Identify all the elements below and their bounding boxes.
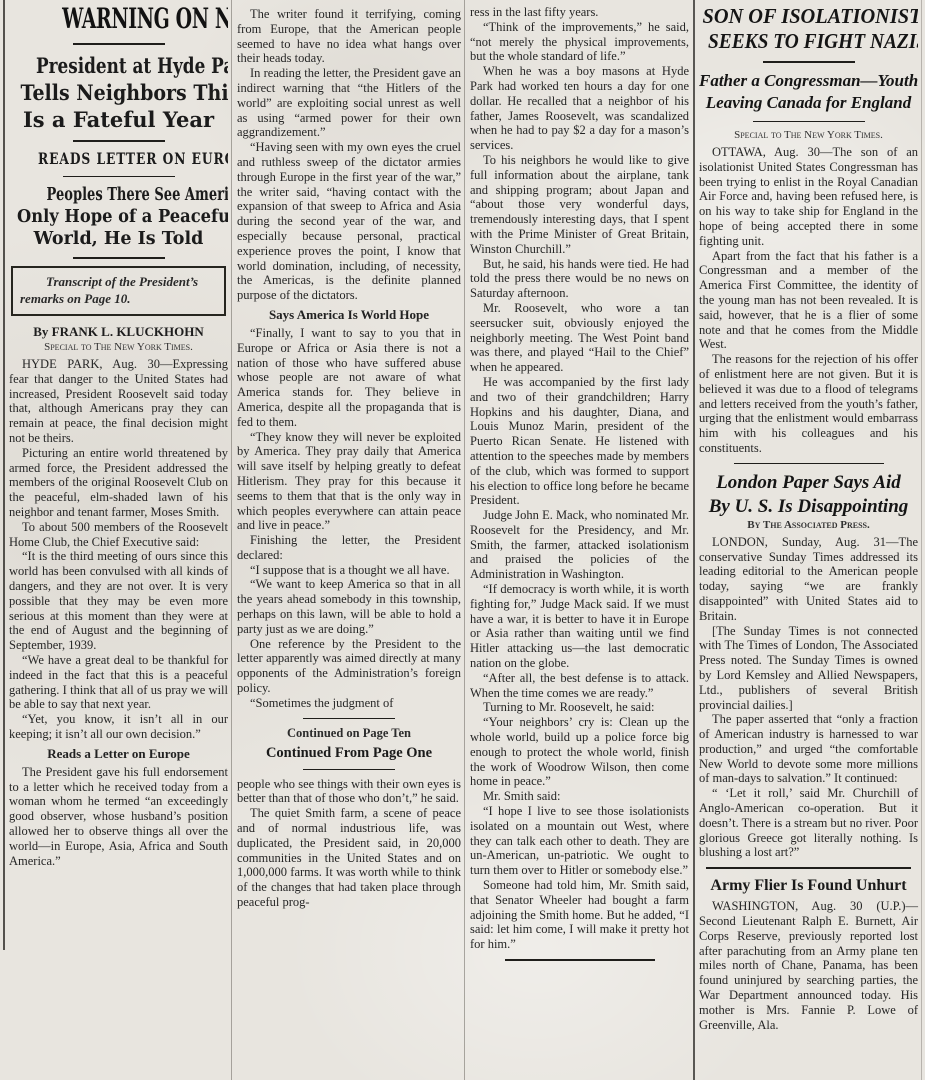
article-paragraph: Finishing the letter, the President decl…	[237, 533, 461, 563]
article-paragraph: “It is the third meeting of ours since t…	[9, 549, 228, 653]
article-paragraph: “I hope I live to see those isolationist…	[470, 804, 689, 878]
article-paragraph: HYDE PARK, Aug. 30—Expressing fear that …	[9, 357, 228, 446]
divider-rule	[63, 176, 175, 177]
headline-line: By U. S. Is Disappointing	[709, 495, 909, 519]
article-paragraph: He was accompanied by the first lady and…	[470, 375, 689, 508]
article-paragraph: “If democracy is worth while, it is wort…	[470, 582, 689, 671]
article-paragraph: “ ‘Let it roll,’ said Mr. Churchill of A…	[699, 786, 918, 860]
divider-rule	[763, 61, 855, 63]
article-paragraph: “Think of the improvements,” he said, “n…	[470, 20, 689, 64]
main-headline: WARNING ON NAZIS	[9, 2, 228, 36]
divider-rule	[303, 718, 395, 719]
article-paragraph: Mr. Smith said:	[470, 789, 689, 804]
section-subhead: Reads a Letter on Europe	[9, 746, 228, 762]
article-son-of-isolationist: SON OF ISOLATIONIST SEEKS TO FIGHT NAZIS…	[699, 4, 918, 456]
section-subhead: Says America Is World Hope	[237, 307, 461, 323]
divider-rule	[73, 257, 165, 259]
headline-line: SEEKS TO FIGHT NAZIS	[708, 29, 918, 54]
transcript-note: Transcript of the President’s remarks on…	[20, 273, 217, 307]
headline-line: London Paper Says Aid	[716, 471, 901, 495]
column-rule	[464, 0, 465, 1080]
article-paragraph: WASHINGTON, Aug. 30 (U.P.)—Second Lieute…	[699, 899, 918, 1032]
article-headline: London Paper Says Aid By U. S. Is Disapp…	[699, 471, 918, 519]
main-headline-text: WARNING ON NAZIS	[62, 2, 228, 36]
deck-headline: President at Hyde Park Tells Neighbors T…	[9, 52, 228, 133]
article-paragraph: “They know they will never be exploited …	[237, 430, 461, 534]
article-paragraph: Mr. Roosevelt, who wore a tan seersucker…	[470, 301, 689, 375]
article-paragraph: “I suppose that is a thought we all have…	[237, 563, 461, 578]
newspaper-page: WARNING ON NAZIS President at Hyde Park …	[0, 0, 925, 1080]
kicker-text: READS LETTER ON EUROPE	[38, 149, 228, 169]
deck-line: Is a Fateful Year	[23, 106, 214, 133]
article-separator-rule	[706, 867, 911, 869]
article-paragraph: To about 500 members of the Roosevelt Ho…	[9, 520, 228, 550]
article-paragraph: When he was a boy masons at Hyde Park ha…	[470, 64, 689, 153]
article-paragraph: OTTAWA, Aug. 30—The son of an isolationi…	[699, 145, 918, 249]
credit-line: Special to The New York Times.	[699, 129, 918, 142]
divider-rule	[753, 121, 865, 122]
article-paragraph: The writer found it terrifying, coming f…	[237, 7, 461, 66]
deck-line: Leaving Canada for England	[706, 92, 911, 114]
article-paragraph: “Having seen with my own eyes the cruel …	[237, 140, 461, 303]
article-paragraph: “Finally, I want to say to you that in E…	[237, 326, 461, 430]
continued-from-line: Continued From Page One	[237, 744, 461, 762]
deck-line: President at Hyde Park	[36, 52, 228, 79]
column-rule	[3, 0, 5, 950]
column-4: SON OF ISOLATIONIST SEEKS TO FIGHT NAZIS…	[699, 0, 918, 1032]
column-2: The writer found it terrifying, coming f…	[237, 0, 461, 910]
article-headline: Army Flier Is Found Unhurt	[699, 876, 918, 896]
article-paragraph: “We want to keep America so that in all …	[237, 577, 461, 636]
article-paragraph: In reading the letter, the President gav…	[237, 66, 461, 140]
article-paragraph: The paper asserted that “only a fraction…	[699, 712, 918, 786]
end-of-story-rule	[505, 959, 655, 961]
article-paragraph: Judge John E. Mack, who nominated Mr. Ro…	[470, 508, 689, 582]
credit-line: Special to The New York Times.	[9, 341, 228, 354]
article-headline: SON OF ISOLATIONIST SEEKS TO FIGHT NAZIS	[699, 4, 918, 54]
article-paragraph: “After all, the best defense is to attac…	[470, 671, 689, 701]
article-paragraph: The President gave his full endorsement …	[9, 765, 228, 869]
column-rule	[693, 0, 695, 1080]
article-deck: Father a Congressman—Youth Leaving Canad…	[699, 70, 918, 114]
deck-line: World, He Is Told	[34, 228, 204, 250]
continued-on-line: Continued on Page Ten	[237, 726, 461, 741]
divider-rule	[73, 140, 165, 142]
transcript-note-box: Transcript of the President’s remarks on…	[11, 266, 226, 316]
secondary-deck: Peoples There See America as Only Hope o…	[9, 184, 228, 250]
article-paragraph: ress in the last fifty years.	[470, 5, 689, 20]
divider-rule	[73, 43, 165, 45]
article-paragraph: Picturing an entire world threatened by …	[9, 446, 228, 520]
article-paragraph: To his neighbors he would like to give f…	[470, 153, 689, 257]
article-paragraph: Apart from the fact that his father is a…	[699, 249, 918, 353]
column-rule	[231, 0, 232, 1080]
article-paragraph: “Your neighbors’ cry is: Clean up the wh…	[470, 715, 689, 789]
article-paragraph: But, he said, his hands were tied. He ha…	[470, 257, 689, 301]
article-paragraph: Turning to Mr. Roosevelt, he said:	[470, 700, 689, 715]
article-paragraph: “Yet, you know, it isn’t all in our keep…	[9, 712, 228, 742]
article-separator-rule	[734, 463, 884, 464]
deck-line: Father a Congressman—Youth	[699, 70, 918, 92]
article-army-flier: Army Flier Is Found Unhurt WASHINGTON, A…	[699, 876, 918, 1032]
headline-line: SON OF ISOLATIONIST	[703, 4, 918, 29]
article-paragraph: The reasons for the rejection of his off…	[699, 352, 918, 456]
article-paragraph: One reference by the President to the le…	[237, 637, 461, 696]
divider-rule	[303, 769, 395, 770]
column-rule	[921, 0, 922, 1080]
article-paragraph: “Sometimes the judgment of	[237, 696, 461, 711]
article-paragraph: LONDON, Sunday, Aug. 31—The conservative…	[699, 535, 918, 624]
column-3: ress in the last fifty years. “Think of …	[470, 0, 689, 968]
column-1: WARNING ON NAZIS President at Hyde Park …	[9, 0, 228, 868]
headline-line: Army Flier Is Found Unhurt	[710, 876, 906, 896]
credit-line: By The Associated Press.	[699, 519, 918, 532]
deck-line: Only Hope of a Peaceful	[17, 206, 228, 228]
article-london-paper: London Paper Says Aid By U. S. Is Disapp…	[699, 471, 918, 861]
article-paragraph: The quiet Smith farm, a scene of peace a…	[237, 806, 461, 910]
article-paragraph: [The Sunday Times is not connected with …	[699, 624, 918, 713]
byline: By FRANK L. KLUCKHOHN	[9, 324, 228, 340]
article-paragraph: people who see things with their own eye…	[237, 777, 461, 807]
deck-line: Tells Neighbors This	[20, 79, 228, 106]
deck-line: Peoples There See America as	[47, 184, 228, 206]
kicker: READS LETTER ON EUROPE	[9, 149, 228, 169]
article-paragraph: “We have a great deal to be thankful for…	[9, 653, 228, 712]
article-paragraph: Someone had told him, Mr. Smith said, th…	[470, 878, 689, 952]
